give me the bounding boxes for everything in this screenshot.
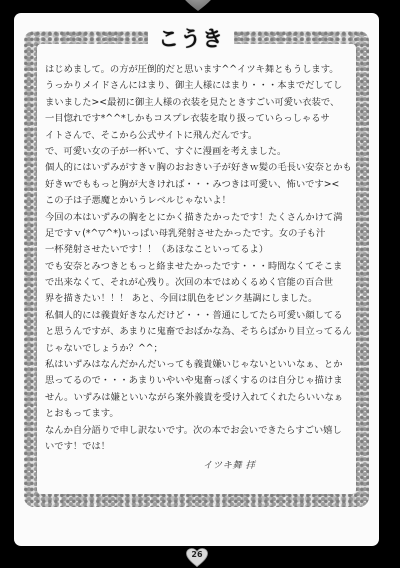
text-line: この子は子悪魔とかいうレベルじゃないよ！ — [45, 193, 363, 209]
text-line: でも安奈とみつきともっと絡ませたかったです・・・時間なくてそこま — [45, 259, 363, 275]
text-line: 思ってるので・・・あまりいやいや鬼畜っぽくするのは自分じゃ描けま — [45, 373, 363, 389]
text-line: と思うんですが、あまりに鬼畜でおばかな為、そちらばかり目立ってるん — [45, 324, 363, 340]
author-signature: イツキ舞 拝 — [203, 457, 255, 471]
text-line: せん。いずみは嫌といいながら案外義貴を受け入れてくれたらいいなぁ — [45, 390, 363, 406]
text-line: イトさんで、そこから公式サイトに飛んだんです。 — [45, 128, 363, 144]
text-line: 好きｗでももっと胸が大きければ・・・みつきは可愛い、怖いです>< — [45, 177, 363, 193]
text-line: とおもってます。 — [45, 406, 363, 422]
text-line: いです！では！ — [45, 439, 363, 455]
text-line: 界を描きたい！！！ あと、今回は肌色をピンク基調にしました。 — [45, 291, 363, 307]
text-line: で出来なくて、それが心残り。次回の本ではめくるめく官能の百合世 — [45, 275, 363, 291]
text-line: 私はいずみはなんだかんだいっても義貴嫌いじゃないといいなぁ、とか — [45, 357, 363, 373]
text-line: なんか自分語りで申し訳ないです。次の本でお会いできたらすごい嬉し — [45, 423, 363, 439]
text-line: 一目惚れです*^^*しかもコスプレ衣装を取り扱っていらっしゃるサ — [45, 111, 363, 127]
text-line: うっかりメイドさんにはまり、御主人様にはまり・・・本までだしてし — [45, 78, 363, 94]
text-line: 個人的にはいずみがすきｖ胸のおおきい子が好きｗ髪の毛長い安奈とかも — [45, 160, 363, 176]
page-title: こうき — [148, 26, 234, 52]
page-number: 26 — [186, 549, 208, 561]
text-line: 足ですｖ(*^▽^*)いっぱい母乳発射させたかったです。女の子も汁 — [45, 226, 363, 242]
text-line: で、可愛い女の子が一杯いて、すぐに漫画を考えました。 — [45, 144, 363, 160]
text-line: はじめまして。の方が圧倒的だと思います^^イツキ舞ともうします。 — [45, 62, 363, 78]
text-line: まいました><最初に御主人様の衣装を見たときすごい可愛い衣装で、 — [45, 95, 363, 111]
text-line: じゃないでしょうか？^^； — [45, 341, 363, 357]
text-line: 私個人的には義貴好きなんだけど・・・普通にしてたら可愛い顔してる — [45, 308, 363, 324]
text-line: 今回の本はいずみの胸をとにかく描きたかったです！たくさんかけて満 — [45, 210, 363, 226]
afterword-text: はじめまして。の方が圧倒的だと思います^^イツキ舞ともうします。 うっかりメイド… — [45, 62, 363, 455]
text-line: 一杯発射させたいです！！（あほなこといってるよ） — [45, 242, 363, 258]
heart-ornament-icon — [178, 0, 218, 12]
